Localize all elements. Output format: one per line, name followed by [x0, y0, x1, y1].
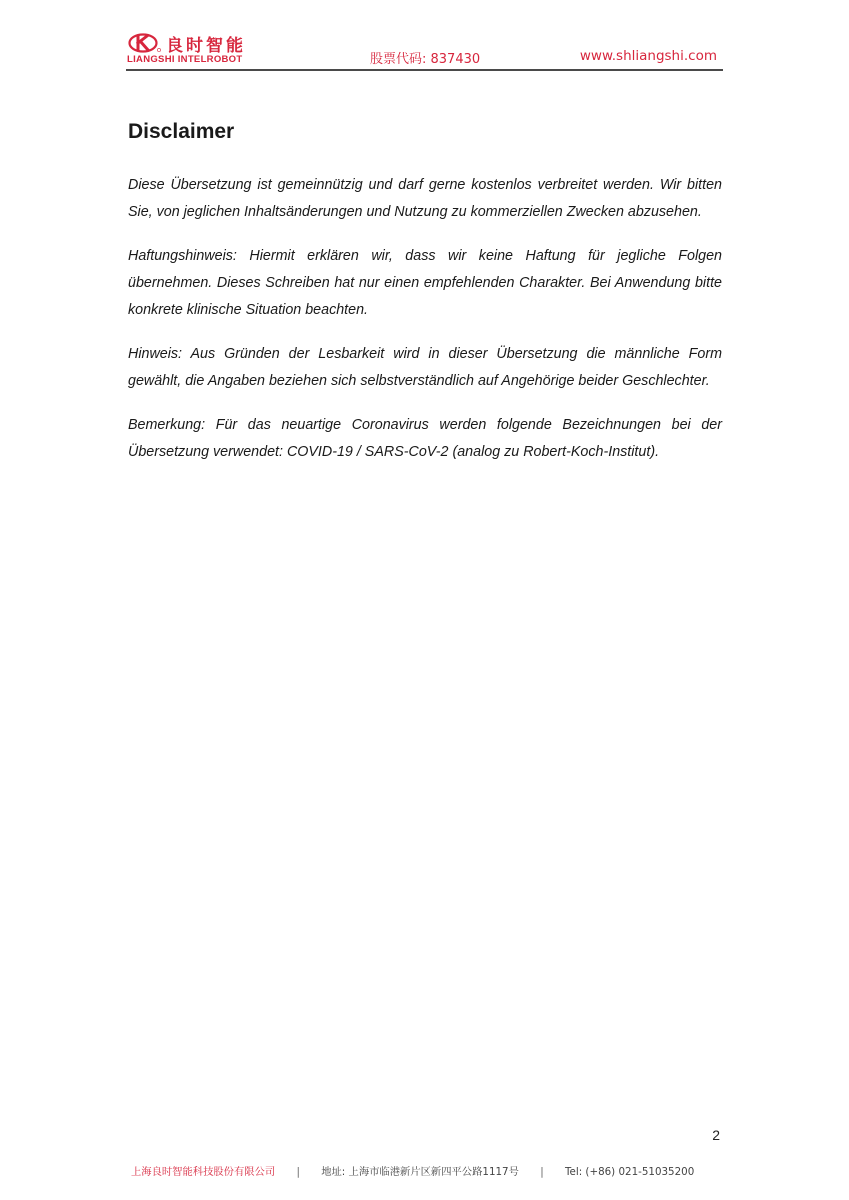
page-footer: 上海良时智能科技股份有限公司 | 地址: 上海市临港新片区新四平公路1117号 … [131, 1163, 731, 1178]
logo-english-name: LIANGSHI INTELROBOT [127, 54, 242, 65]
paragraph-gender-note: Hinweis: Aus Gründen der Lesbarkeit wird… [128, 341, 722, 395]
footer-address: 地址: 上海市临港新片区新四平公路1117号 [321, 1166, 519, 1178]
footer-separator: | [296, 1166, 299, 1178]
paragraph-usage: Diese Übersetzung ist gemeinnützig und d… [128, 172, 722, 226]
footer-company: 上海良时智能科技股份有限公司 [131, 1166, 275, 1178]
paragraph-terminology: Bemerkung: Für das neuartige Coronavirus… [128, 412, 722, 466]
document-body: Disclaimer Diese Übersetzung ist gemeinn… [128, 117, 722, 466]
logo-chinese-name: 良时智能 [166, 31, 246, 56]
page-number: 2 [712, 1127, 720, 1143]
company-logo: 良时智能 LIANGSHI INTELROBOT [126, 30, 266, 66]
header-divider [126, 69, 723, 71]
k-logo-icon [128, 33, 162, 53]
website-link[interactable]: www.shliangshi.com [580, 48, 717, 64]
footer-separator: | [540, 1166, 543, 1178]
stock-code: 股票代码: 837430 [370, 48, 480, 67]
page-title: Disclaimer [128, 117, 722, 147]
footer-phone: Tel: (+86) 021-51035200 [565, 1166, 694, 1178]
paragraph-liability: Haftungshinweis: Hiermit erklären wir, d… [128, 243, 722, 324]
page-header: 良时智能 LIANGSHI INTELROBOT 股票代码: 837430 ww… [126, 28, 723, 72]
